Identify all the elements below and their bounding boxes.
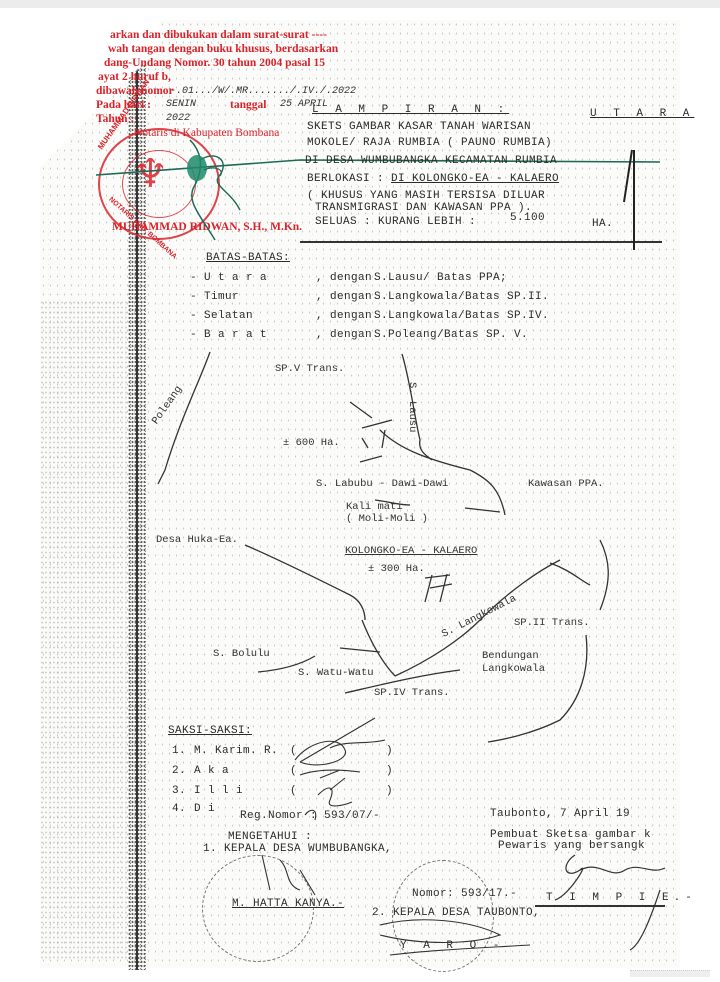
maker-signature: [0, 0, 720, 982]
viewer-scroll-indicator[interactable]: [630, 970, 710, 977]
